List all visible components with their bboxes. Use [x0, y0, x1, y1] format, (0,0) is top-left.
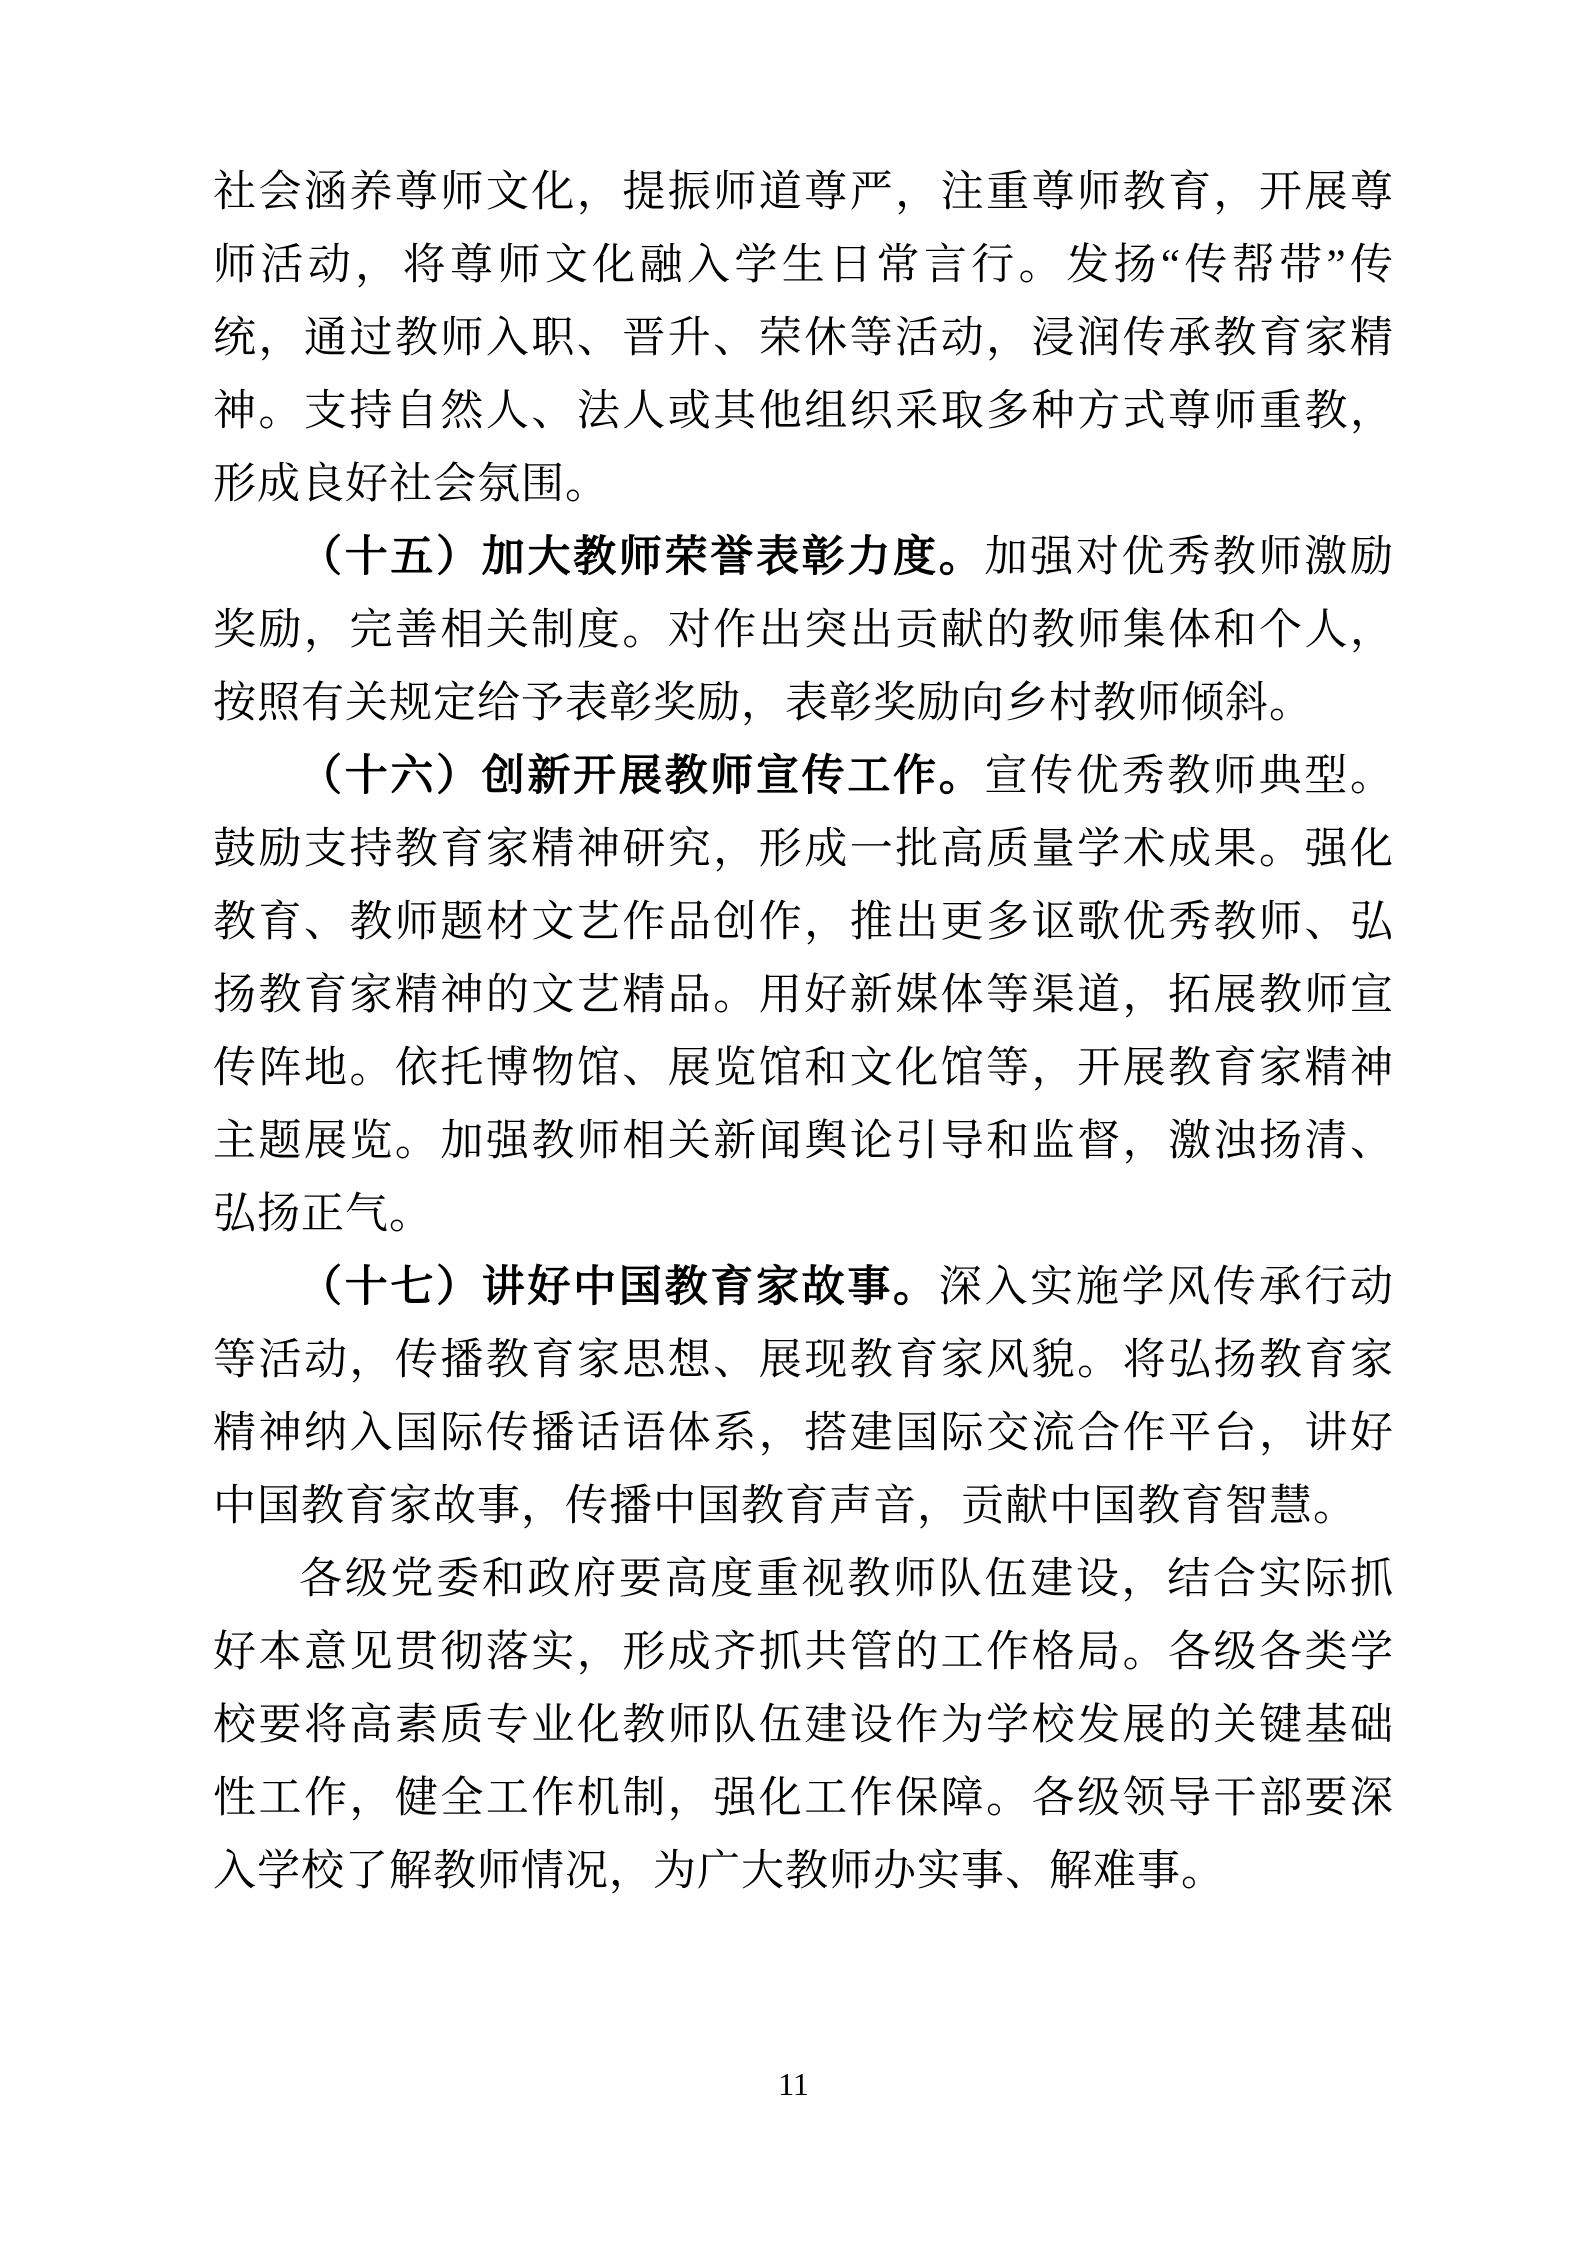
page-number: 11: [0, 2064, 1587, 2104]
paragraph-continuation: 社会涵养尊师文化，提振师道尊严，注重尊师教育，开展尊师活动，将尊师文化融入学生日…: [213, 156, 1394, 521]
paragraph-section-16: （十六）创新开展教师宣传工作。宣传优秀教师典型。鼓励支持教育家精神研究，形成一批…: [213, 740, 1394, 1251]
paragraph-text: 各级党委和政府要高度重视教师队伍建设，结合实际抓好本意见贯彻落实，形成齐抓共管的…: [213, 1556, 1394, 1895]
section-17-heading: （十七）讲好中国教育家故事。: [299, 1264, 939, 1311]
paragraph-closing: 各级党委和政府要高度重视教师队伍建设，结合实际抓好本意见贯彻落实，形成齐抓共管的…: [213, 1543, 1394, 1908]
paragraph-section-15: （十五）加大教师荣誉表彰力度。加强对优秀教师激励奖励，完善相关制度。对作出突出贡…: [213, 521, 1394, 740]
document-body: 社会涵养尊师文化，提振师道尊严，注重尊师教育，开展尊师活动，将尊师文化融入学生日…: [213, 156, 1394, 1908]
section-15-heading: （十五）加大教师荣誉表彰力度。: [299, 534, 984, 581]
paragraph-section-17: （十七）讲好中国教育家故事。深入实施学风传承行动等活动，传播教育家思想、展现教育…: [213, 1251, 1394, 1543]
paragraph-text: 社会涵养尊师文化，提振师道尊严，注重尊师教育，开展尊师活动，将尊师文化融入学生日…: [213, 169, 1394, 508]
section-16-heading: （十六）创新开展教师宣传工作。: [299, 753, 984, 800]
paragraph-text: 宣传优秀教师典型。鼓励支持教育家精神研究，形成一批高质量学术成果。强化教育、教师…: [213, 753, 1394, 1238]
